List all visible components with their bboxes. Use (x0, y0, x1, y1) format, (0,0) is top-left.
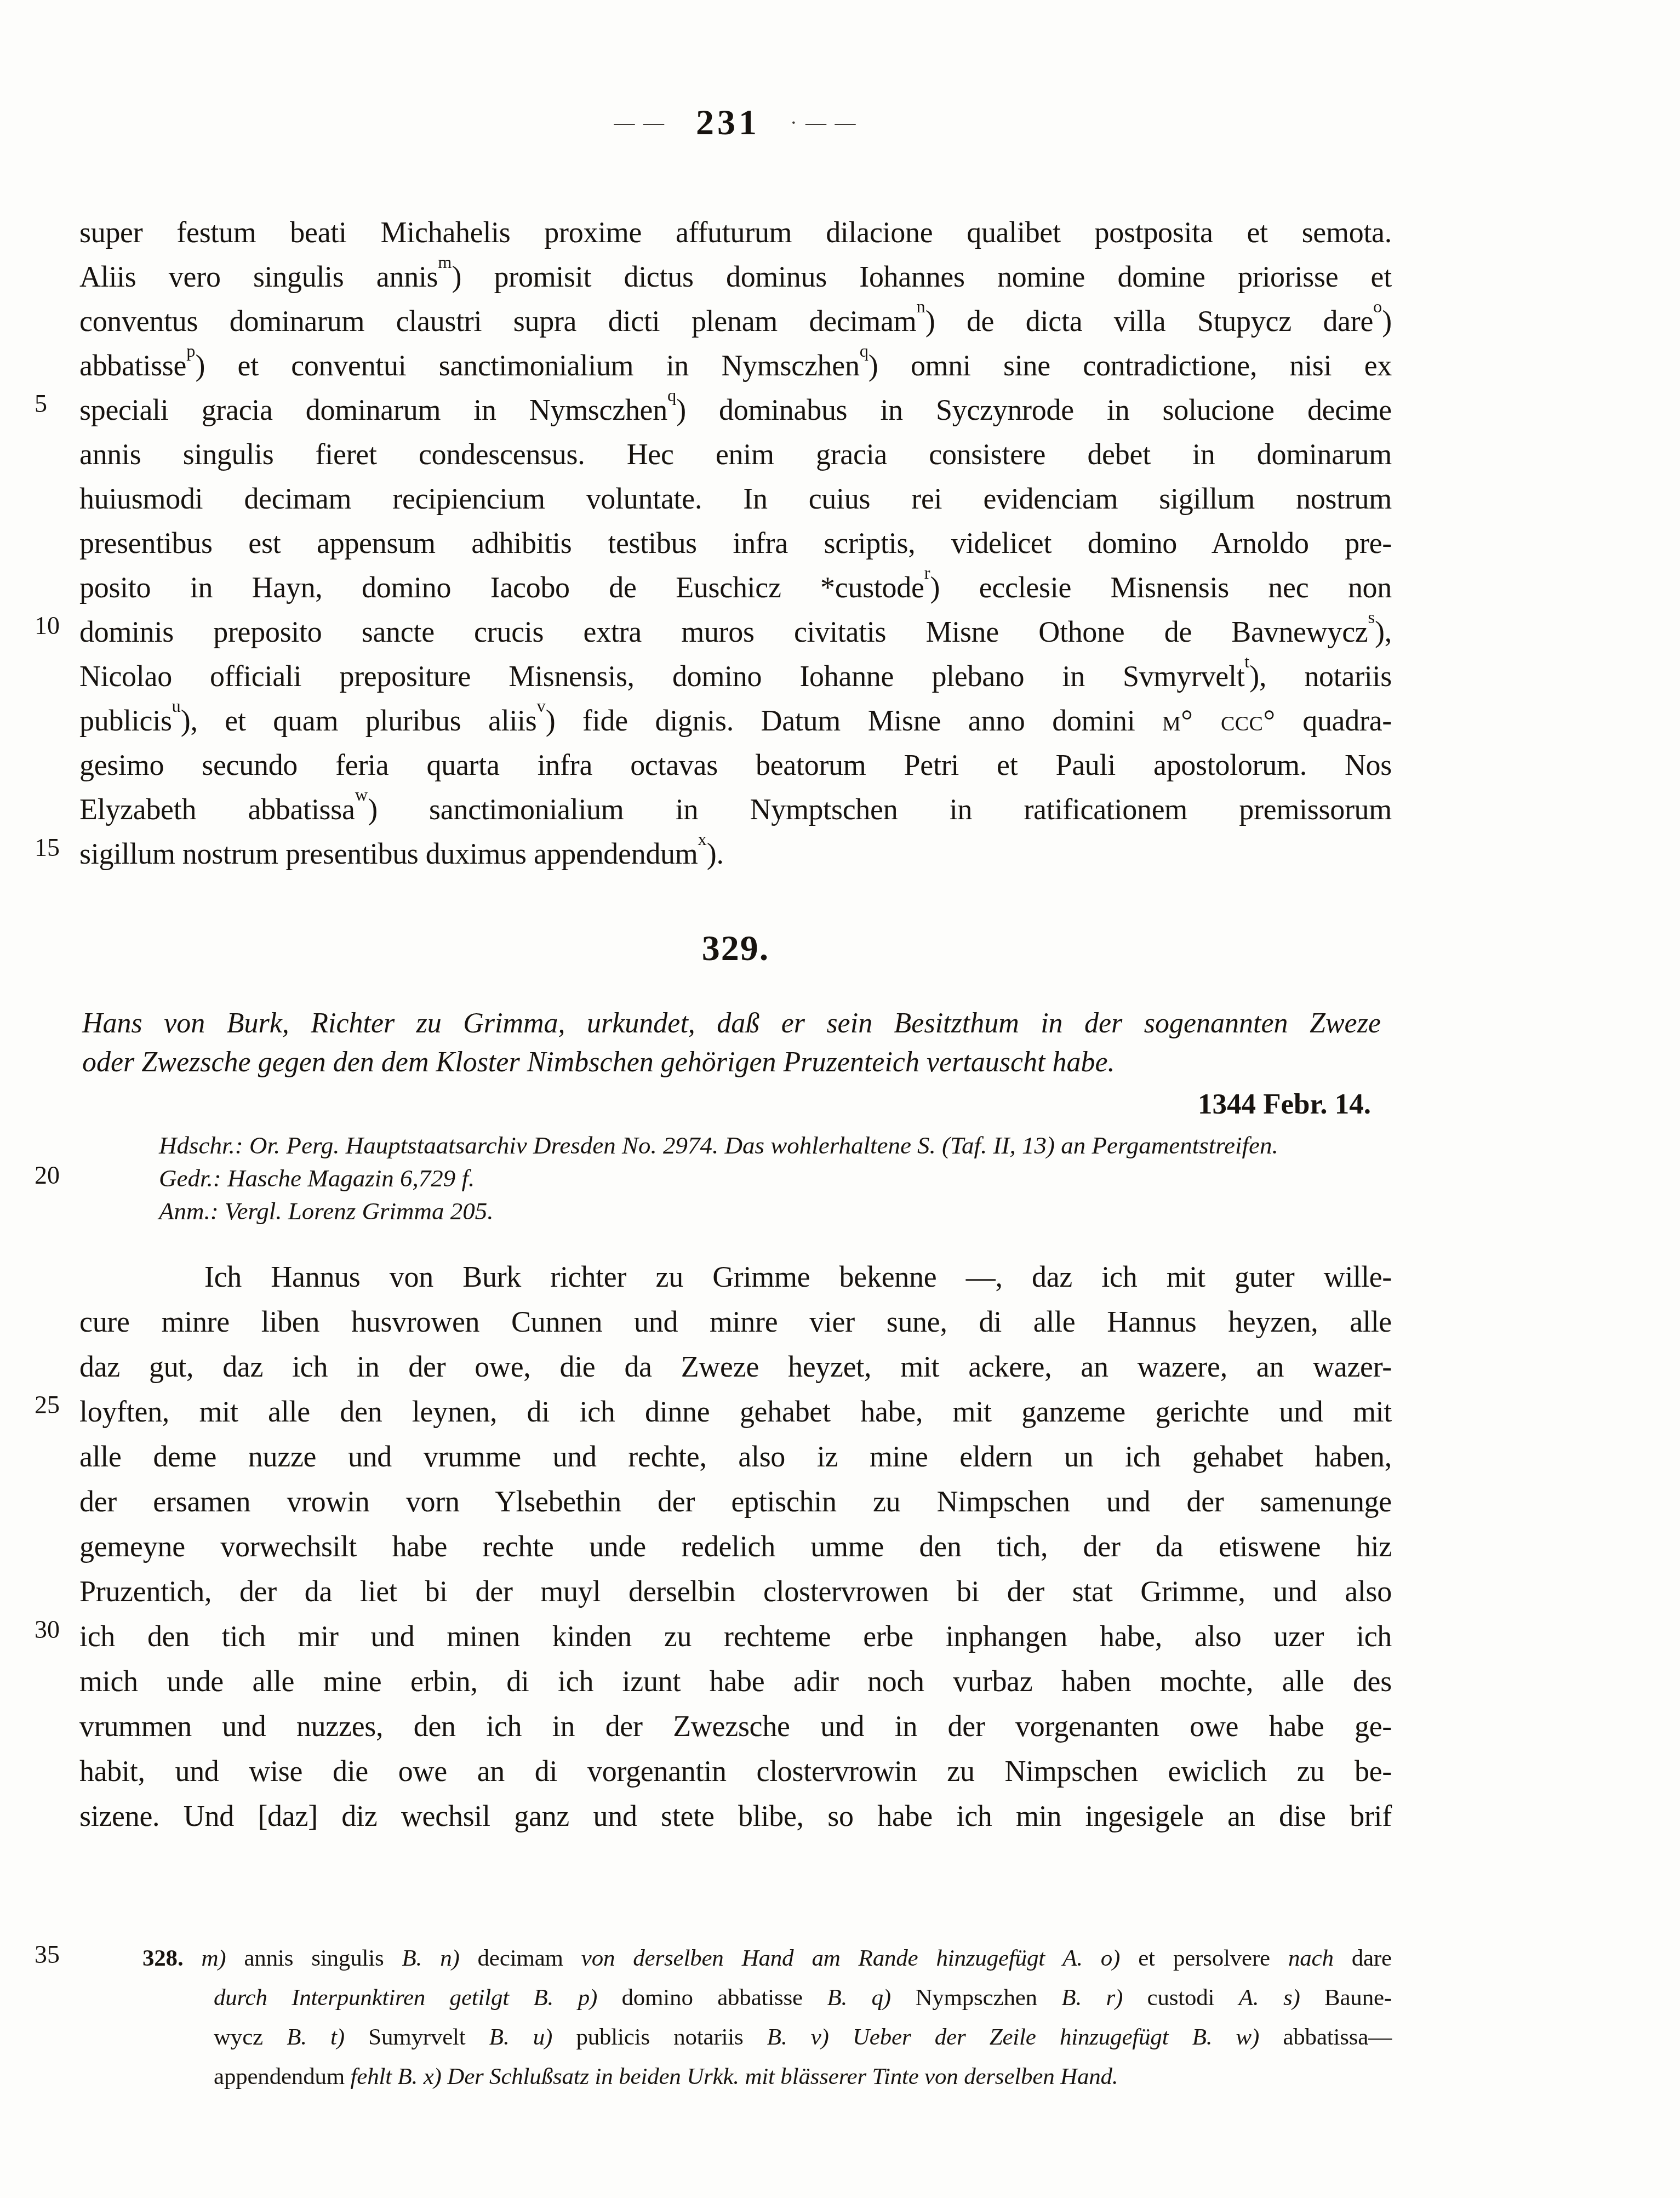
charter-text-line: gemeyne vorwechsilt habe rechte unde red… (79, 1524, 1392, 1569)
margin-line-number: 5 (35, 391, 75, 416)
charter-text-line: 30ich den tich mir und minen kinden zu r… (79, 1614, 1392, 1659)
footnote-sigil: m (438, 253, 452, 272)
latin-charter-paragraph: super festum beati Michahelis proxime af… (79, 210, 1392, 876)
margin-line-number: 35 (35, 1942, 75, 1967)
latin-text-line: publicisu), et quam pluribus aliisv) fid… (79, 699, 1392, 743)
footnote-sigil: q (667, 386, 676, 406)
page-number: 231 (696, 102, 760, 144)
footnote-sigil: v (537, 696, 546, 716)
charter-text-line: habit, und wise die owe an di vorgenanti… (79, 1749, 1392, 1794)
scanned-book-page: — — 231 · — — super festum beati Michahe… (0, 0, 1680, 2198)
german-charter-text: Ich Hannus von Burk richter zu Grimme be… (79, 1254, 1392, 1839)
source-reference-line: 20Gedr.: Hasche Magazin 6,729 f. (79, 1162, 1392, 1195)
latin-text-line: 10dominis preposito sancte crucis extra … (79, 610, 1392, 654)
charter-text-line: daz gut, daz ich in der owe, die da Zwez… (79, 1344, 1392, 1389)
footnote-sigil: r (924, 563, 930, 583)
margin-line-number: 30 (35, 1617, 75, 1642)
footnote-sigil: w (355, 785, 368, 805)
source-reference-line: Hdschr.: Or. Perg. Hauptstaatsarchiv Dre… (79, 1129, 1392, 1162)
footnote-sigil: x (698, 830, 707, 849)
latin-text-line: presentibus est appensum adhibitis testi… (79, 521, 1392, 566)
charter-text-line: Pruzentich, der da liet bi der muyl ders… (79, 1569, 1392, 1614)
charter-text-line: 25loyften, mit alle den leynen, di ich d… (79, 1389, 1392, 1434)
footnote-sigil: s (1368, 608, 1375, 627)
charter-text-line: vrummen und nuzzes, den ich in der Zwezs… (79, 1704, 1392, 1749)
margin-line-number: 20 (35, 1163, 75, 1188)
charter-text-line: sizene. Und [daz] diz wechsil ganz und s… (79, 1794, 1392, 1839)
latin-text-line: Elyzabeth abbatissaw) sanctimonialium in… (79, 787, 1392, 832)
header-dash-right: · — — (790, 111, 858, 135)
footnote-sigil: t (1244, 652, 1249, 672)
header-dash-left: — — (614, 111, 666, 135)
footnote-sigil: p (186, 341, 195, 361)
source-references: Hdschr.: Or. Perg. Hauptstaatsarchiv Dre… (79, 1129, 1392, 1228)
entry-number-heading: 329. (79, 928, 1392, 969)
latin-text-line: huiusmodi decimam recipiencium voluntate… (79, 477, 1392, 521)
latin-text-line: posito in Hayn, domino Iacobo de Euschic… (79, 566, 1392, 610)
footnote-sigil: o (1373, 297, 1382, 317)
latin-text-line: gesimo secundo feria quarta infra octava… (79, 743, 1392, 787)
source-reference-line: Anm.: Vergl. Lorenz Grimma 205. (79, 1195, 1392, 1228)
margin-line-number: 25 (35, 1392, 75, 1418)
charter-text-line: der ersamen vrowin vorn Ylsebethin der e… (79, 1479, 1392, 1524)
latin-text-line: 15sigillum nostrum presentibus duximus a… (79, 832, 1392, 876)
footnote-sigil: n (916, 297, 925, 317)
footnote-line: 35328. m) annis singulis B. n) decimam v… (79, 1939, 1392, 1978)
footnote-line: appendendum fehlt B. x) Der Schlußsatz i… (79, 2057, 1392, 2097)
margin-line-number: 15 (35, 835, 75, 860)
footnote-line: durch Interpunktiren getilgt B. p) domin… (79, 1978, 1392, 2018)
latin-text-line: abbatissep) et conventui sanctimonialium… (79, 344, 1392, 388)
latin-text-line: 5speciali gracia dominarum in Nymsczhenq… (79, 388, 1392, 432)
regest-line: Hans von Burk, Richter zu Grimma, urkund… (82, 1004, 1381, 1043)
charter-text-line: alle deme nuzze und vrumme und rechte, a… (79, 1434, 1392, 1479)
latin-text-line: Aliis vero singulis annism) promisit dic… (79, 255, 1392, 299)
footnote-sigil: u (172, 696, 181, 716)
charter-date: 1344 Febr. 14. (82, 1085, 1381, 1124)
regest-summary: Hans von Burk, Richter zu Grimma, urkund… (82, 1004, 1381, 1124)
latin-text-line: conventus dominarum claustri supra dicti… (79, 299, 1392, 344)
charter-text-line: mich unde alle mine erbin, di ich izunt … (79, 1659, 1392, 1704)
margin-line-number: 10 (35, 613, 75, 638)
critical-footnotes: 35328. m) annis singulis B. n) decimam v… (79, 1939, 1392, 2097)
footnote-line: wycz B. t) Sumyrvelt B. u) publicis nota… (79, 2018, 1392, 2057)
latin-text-line: super festum beati Michahelis proxime af… (79, 210, 1392, 255)
regest-line: oder Zwezsche gegen den dem Kloster Nimb… (82, 1043, 1381, 1082)
footnote-sigil: q (860, 341, 868, 361)
page-header: — — 231 · — — (79, 102, 1392, 144)
charter-text-line: cure minre liben husvrowen Cunnen und mi… (79, 1299, 1392, 1344)
latin-text-line: annis singulis fieret condescensus. Hec … (79, 432, 1392, 477)
charter-text-line: Ich Hannus von Burk richter zu Grimme be… (79, 1254, 1392, 1299)
latin-text-line: Nicolao officiali prepositure Misnensis,… (79, 654, 1392, 699)
